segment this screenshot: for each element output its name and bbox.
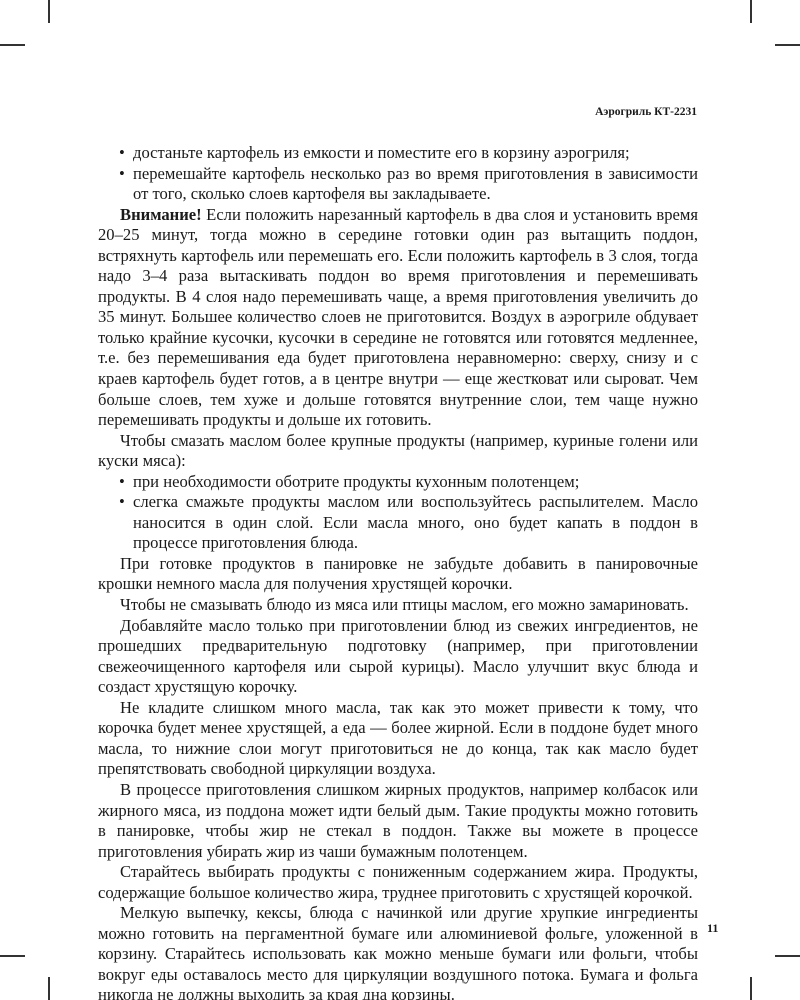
crop-mark-bottom-left-horizontal	[0, 955, 25, 957]
paragraph: Добавляйте масло только при приготовлени…	[98, 616, 698, 698]
crop-mark-bottom-right-horizontal	[775, 955, 800, 957]
crop-mark-top-left-vertical	[48, 0, 50, 23]
page-body: достаньте картофель из емкости и помести…	[98, 143, 698, 1000]
crop-mark-top-right-vertical	[750, 0, 752, 23]
list-item: достаньте картофель из емкости и помести…	[98, 143, 698, 164]
bullet-list-oil: при необходимости оботрите продукты кухо…	[98, 472, 698, 554]
crop-mark-top-right-horizontal	[775, 44, 800, 46]
crop-mark-bottom-left-vertical	[48, 977, 50, 1000]
paragraph: При готовке продуктов в панировке не заб…	[98, 554, 698, 595]
paragraph: Не кладите слишком много масла, так как …	[98, 698, 698, 780]
list-item: при необходимости оботрите продукты кухо…	[98, 472, 698, 493]
warning-text: Если положить нарезанный картофель в два…	[98, 205, 698, 429]
crop-mark-top-left-horizontal	[0, 44, 25, 46]
paragraph: Чтобы смазать маслом более крупные проду…	[98, 431, 698, 472]
warning-paragraph: Внимание! Если положить нарезанный карто…	[98, 205, 698, 431]
paragraph: Старайтесь выбирать продукты с пониженны…	[98, 862, 698, 903]
running-header: Аэрогриль КТ-2231	[595, 106, 697, 118]
paragraph: Чтобы не смазывать блюдо из мяса или пти…	[98, 595, 698, 616]
list-item: перемешайте картофель несколько раз во в…	[98, 164, 698, 205]
page-number: 11	[707, 921, 718, 936]
paragraph: Мелкую выпечку, кексы, блюда с начинкой …	[98, 903, 698, 1000]
crop-mark-bottom-right-vertical	[750, 977, 752, 1000]
list-item: слегка смажьте продукты маслом или воспо…	[98, 492, 698, 554]
warning-label: Внимание!	[120, 205, 202, 224]
bullet-list-potato: достаньте картофель из емкости и помести…	[98, 143, 698, 205]
paragraph: В процессе приготовления слишком жирных …	[98, 780, 698, 862]
